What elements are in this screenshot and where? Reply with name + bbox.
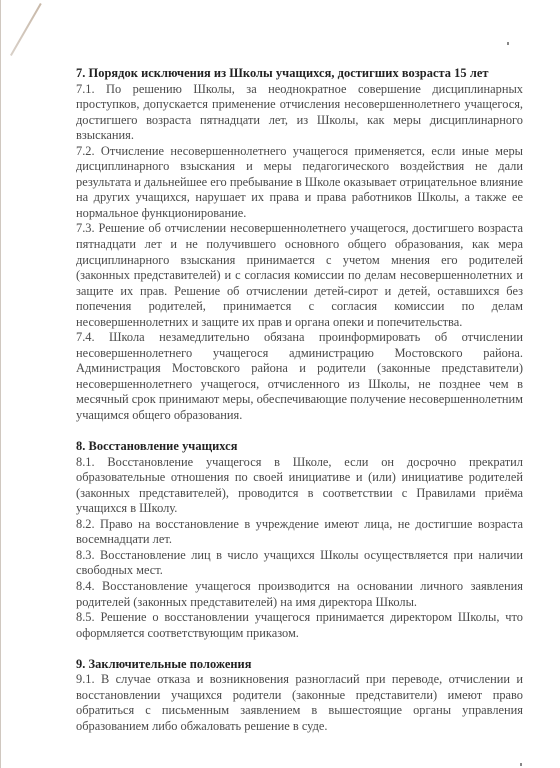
section-9: 9. Заключительные положения 9.1. В случа… [76, 657, 523, 735]
scan-speck [520, 763, 522, 766]
scan-artifact-line [10, 3, 42, 56]
scan-edge [0, 0, 1, 768]
paragraph-8-4: 8.4. Восстановление учащегося производит… [76, 579, 523, 610]
paragraph-7-3: 7.3. Решение об отчислении несовершеннол… [76, 221, 523, 330]
paragraph-7-4: 7.4. Школа незамедлительно обязана проин… [76, 330, 523, 423]
section-heading: 8. Восстановление учащихся [76, 439, 523, 455]
section-7: 7. Порядок исключения из Школы учащихся,… [76, 66, 523, 424]
scan-speck [507, 42, 509, 45]
paragraph-9-1: 9.1. В случае отказа и возникновения раз… [76, 672, 523, 734]
section-heading: 7. Порядок исключения из Школы учащихся,… [76, 66, 523, 82]
paragraph-8-5: 8.5. Решение о восстановлении учащегося … [76, 610, 523, 641]
paragraph-7-2: 7.2. Отчисление несовершеннолетнего учащ… [76, 144, 523, 222]
section-heading: 9. Заключительные положения [76, 657, 523, 673]
paragraph-8-2: 8.2. Право на восстановление в учреждени… [76, 517, 523, 548]
paragraph-7-1: 7.1. По решению Школы, за неоднократное … [76, 82, 523, 144]
document-page: 7. Порядок исключения из Школы учащихся,… [76, 66, 523, 734]
paragraph-8-3: 8.3. Восстановление лиц в число учащихся… [76, 548, 523, 579]
paragraph-8-1: 8.1. Восстановление учащегося в Школе, е… [76, 455, 523, 517]
section-8: 8. Восстановление учащихся 8.1. Восстано… [76, 439, 523, 641]
